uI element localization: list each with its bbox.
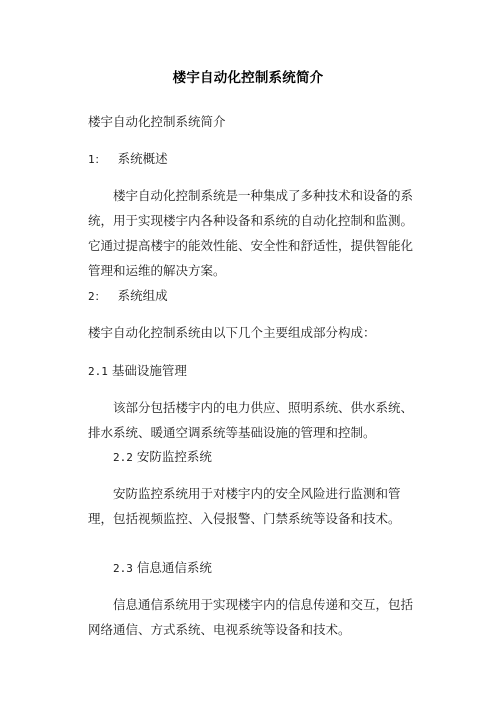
section-paragraph-1: 楼宇自动化控制系统是一种集成了多种技术和设备的系统，用于实现楼宇内各种设备和系统… bbox=[88, 183, 414, 283]
subsection-paragraph-2-1: 该部分包括楼宇内的电力供应、照明系统、供水系统、排水系统、暖通空调系统等基础设施… bbox=[88, 395, 414, 445]
subsection-heading-2-1: 2.1 基础设施管理 bbox=[88, 358, 414, 384]
subsection-number: 2.2 bbox=[113, 451, 133, 464]
section-heading-2: 2：系统组成 bbox=[88, 283, 414, 309]
section-heading-1: 1：系统概述 bbox=[88, 146, 414, 172]
section-number: 1： bbox=[88, 153, 106, 166]
document-page: 楼宇自动化控制系统简介 楼宇自动化控制系统简介 1：系统概述 楼宇自动化控制系统… bbox=[0, 0, 496, 702]
document-title: 楼宇自动化控制系统简介 bbox=[0, 69, 496, 87]
subsection-number: 2.3 bbox=[113, 562, 133, 575]
section-heading-text: 系统概述 bbox=[118, 151, 168, 166]
subsection-paragraph-2-2: 安防监控系统用于对楼宇内的安全风险进行监测和管理，包括视频监控、入侵报警、门禁系… bbox=[88, 481, 414, 531]
subsection-heading-2-3: 2.3 信息通信系统 bbox=[88, 555, 439, 581]
subsection-paragraph-2-3: 信息通信系统用于实现楼宇内的信息传递和交互，包括网络通信、方式系统、电视系统等设… bbox=[88, 592, 414, 642]
section-heading-text: 系统组成 bbox=[118, 288, 168, 303]
subsection-number: 2.1 bbox=[88, 365, 108, 378]
document-subtitle: 楼宇自动化控制系统简介 bbox=[88, 109, 414, 134]
section-number: 2： bbox=[88, 290, 106, 303]
subsection-heading-text: 基础设施管理 bbox=[112, 363, 187, 378]
section-paragraph-2: 楼宇自动化控制系统由以下几个主要组成部分构成： bbox=[88, 320, 414, 345]
subsection-heading-text: 安防监控系统 bbox=[137, 449, 212, 464]
subsection-heading-text: 信息通信系统 bbox=[137, 560, 212, 575]
subsection-heading-2-2: 2.2 安防监控系统 bbox=[88, 444, 439, 470]
